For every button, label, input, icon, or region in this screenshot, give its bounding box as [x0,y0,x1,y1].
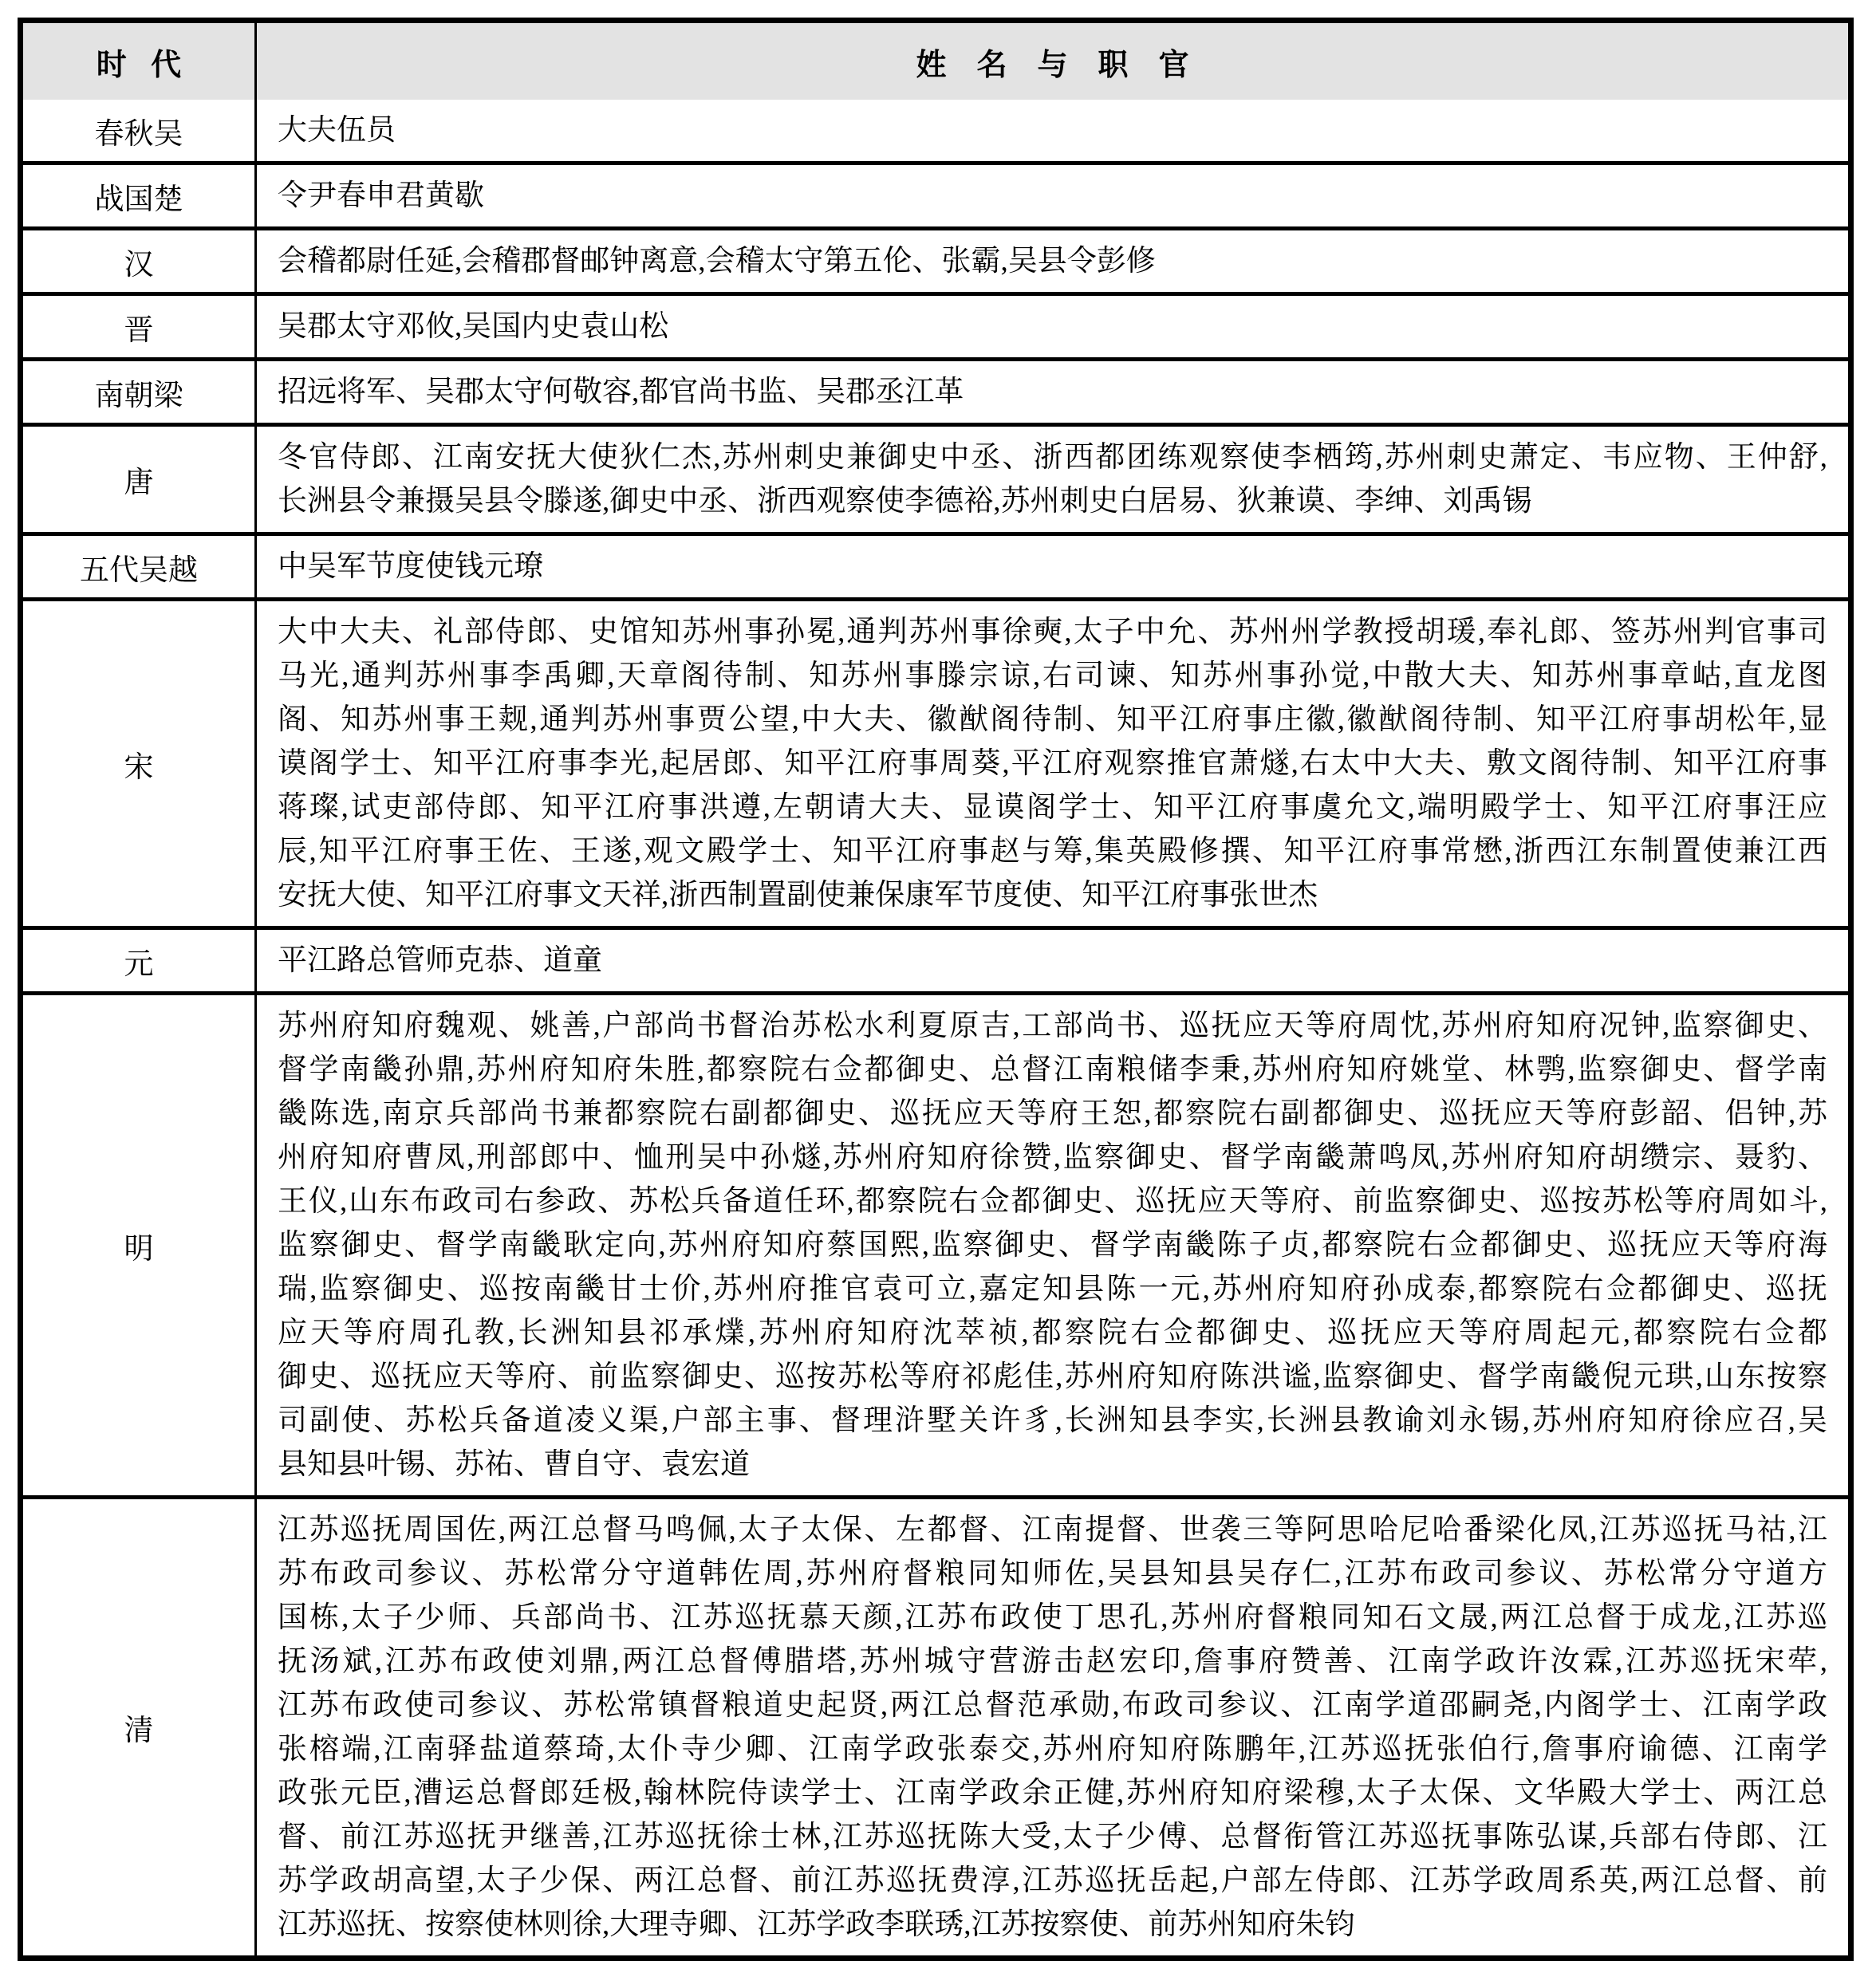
era-cell: 晋 [23,296,254,357]
names-cell: 令尹春申君黄歇 [254,165,1848,226]
table-row: 五代吴越中吴军节度使钱元璙 [23,532,1848,597]
table-row: 汉会稽都尉任延,会稽郡督邮钟离意,会稽太守第五伦、张霸,吴县令彭修 [23,226,1848,292]
names-line: 招远将军、吴郡太守何敬容,都官尚书监、吴郡丞江革 [278,370,1827,414]
names-cell: 苏州府知府魏观、姚善,户部尚书督治苏松水利夏原吉,工部尚书、巡抚应天等府周忱,苏… [254,995,1848,1495]
names-line: 辰,知平江府事王佐、王遂,观文殿学士、知平江府事赵与筹,集英殿修撰、知平江府事常… [278,829,1827,873]
names-line: 安抚大使、知平江府事文天祥,浙西制置副使兼保康军节度使、知平江府事张世杰 [278,873,1827,917]
era-cell: 明 [23,995,254,1495]
names-line: 国栋,太子少师、兵部尚书、江苏巡抚慕天颜,江苏布政使丁思孔,苏州府督粮同知石文晟… [278,1596,1827,1640]
names-line: 大中大夫、礼部侍郎、史馆知苏州事孙冕,通判苏州事徐奭,太子中允、苏州州学教授胡瑗… [278,610,1827,654]
names-line: 阁、知苏州事王觌,通判苏州事贾公望,中大夫、徽猷阁待制、知平江府事庄徽,徽猷阁待… [278,698,1827,742]
names-line: 监察御史、督学南畿耿定向,苏州府知府蔡国熙,监察御史、督学南畿陈子贞,都察院右佥… [278,1223,1827,1267]
names-line: 江苏巡抚、按察使林则徐,大理寺卿、江苏学政李联琇,江苏按察使、前苏州知府朱钧 [278,1903,1827,1947]
table-row: 唐冬官侍郎、江南安抚大使狄仁杰,苏州刺史兼御史中丞、浙西都团练观察使李栖筠,苏州… [23,423,1848,532]
names-cell: 中吴军节度使钱元璙 [254,536,1848,597]
names-line: 县知县叶锡、苏祐、曹自守、袁宏道 [278,1443,1827,1487]
names-cell: 吴郡太守邓攸,吴国内史袁山松 [254,296,1848,357]
names-cell: 招远将军、吴郡太守何敬容,都官尚书监、吴郡丞江革 [254,361,1848,423]
table-header-row: 时代 姓名与职官 [23,23,1848,100]
names-line: 王仪,山东布政司右参政、苏松兵备道任环,都察院右佥都御史、巡抚应天等府、前监察御… [278,1179,1827,1223]
names-line: 长洲县令兼摄吴县令滕遂,御史中丞、浙西观察使李德裕,苏州刺史白居易、狄兼谟、李绅… [278,479,1827,523]
names-column-header: 姓名与职官 [254,23,1848,100]
era-column-header: 时代 [23,23,254,100]
names-line: 苏布政司参议、苏松常分守道韩佐周,苏州府督粮同知师佐,吴县知县吴存仁,江苏布政司… [278,1552,1827,1596]
names-line: 督、前江苏巡抚尹继善,江苏巡抚徐士林,江苏巡抚陈大受,太子少傅、总督衔管江苏巡抚… [278,1815,1827,1859]
era-cell: 汉 [23,230,254,292]
names-line: 御史、巡抚应天等府、前监察御史、巡按苏松等府祁彪佳,苏州府知府陈洪谧,监察御史、… [278,1355,1827,1399]
table-row: 晋吴郡太守邓攸,吴国内史袁山松 [23,292,1848,357]
table-row: 元平江路总管师克恭、道童 [23,926,1848,991]
era-cell: 春秋吴 [23,100,254,161]
names-cell: 平江路总管师克恭、道童 [254,930,1848,991]
names-line: 苏州府知府魏观、姚善,户部尚书督治苏松水利夏原吉,工部尚书、巡抚应天等府周忱,苏… [278,1004,1827,1048]
names-line: 畿陈选,南京兵部尚书兼都察院右副都御史、巡抚应天等府王恕,都察院右副都御史、巡抚… [278,1092,1827,1136]
names-line: 蒋璨,试吏部侍郎、知平江府事洪遵,左朝请大夫、显谟阁学士、知平江府事虞允文,端明… [278,786,1827,829]
names-line: 马光,通判苏州事李禹卿,天章阁待制、知苏州事滕宗谅,右司谏、知苏州事孙觉,中散大… [278,654,1827,698]
names-line: 应天等府周孔教,长洲知县祁承㸁,苏州府知府沈萃祯,都察院右佥都御史、巡抚应天等府… [278,1311,1827,1355]
era-cell: 战国楚 [23,165,254,226]
names-line: 江苏巡抚周国佐,两江总督马鸣佩,太子太保、左都督、江南提督、世袭三等阿思哈尼哈番… [278,1508,1827,1552]
names-line: 司副使、苏松兵备道凌义渠,户部主事、督理浒墅关许豸,长洲知县李实,长洲县教谕刘永… [278,1399,1827,1443]
era-cell: 元 [23,930,254,991]
table-row: 清江苏巡抚周国佐,两江总督马鸣佩,太子太保、左都督、江南提督、世袭三等阿思哈尼哈… [23,1495,1848,1955]
names-line: 谟阁学士、知平江府事李光,起居郎、知平江府事周葵,平江府观察推官萧燧,右太中大夫… [278,742,1827,786]
era-cell: 五代吴越 [23,536,254,597]
names-line: 政张元臣,漕运总督郎廷极,翰林院侍读学士、江南学政余正健,苏州府知府梁穆,太子太… [278,1771,1827,1815]
era-officials-table: 时代 姓名与职官 春秋吴大夫伍员战国楚令尹春申君黄歇汉会稽都尉任延,会稽郡督邮钟… [18,18,1854,1961]
table-body: 春秋吴大夫伍员战国楚令尹春申君黄歇汉会稽都尉任延,会稽郡督邮钟离意,会稽太守第五… [23,100,1848,1955]
names-line: 张榕端,江南驿盐道蔡琦,太仆寺少卿、江南学政张泰交,苏州府知府陈鹏年,江苏巡抚张… [278,1727,1827,1771]
table-row: 春秋吴大夫伍员 [23,100,1848,161]
names-line: 江苏布政使司参议、苏松常镇督粮道史起贤,两江总督范承勋,布政司参议、江南学道邵嗣… [278,1683,1827,1727]
names-line: 冬官侍郎、江南安抚大使狄仁杰,苏州刺史兼御史中丞、浙西都团练观察使李栖筠,苏州刺… [278,435,1827,479]
era-cell: 清 [23,1499,254,1955]
names-line: 瑞,监察御史、巡按南畿甘士价,苏州府推官袁可立,嘉定知县陈一元,苏州府知府孙成泰… [278,1267,1827,1311]
page: { "page": { "background": "#ffffff" }, "… [0,0,1876,1931]
names-line: 平江路总管师克恭、道童 [278,939,1827,982]
names-cell: 会稽都尉任延,会稽郡督邮钟离意,会稽太守第五伦、张霸,吴县令彭修 [254,230,1848,292]
names-line: 州府知府曹凤,刑部郎中、恤刑吴中孙燧,苏州府知府徐赞,监察御史、督学南畿萧鸣凤,… [278,1136,1827,1179]
names-line: 吴郡太守邓攸,吴国内史袁山松 [278,305,1827,348]
table-row: 南朝梁招远将军、吴郡太守何敬容,都官尚书监、吴郡丞江革 [23,357,1848,423]
names-line: 大夫伍员 [278,108,1827,152]
names-line: 苏学政胡高望,太子少保、两江总督、前江苏巡抚费淳,江苏巡抚岳起,户部左侍郎、江苏… [278,1859,1827,1903]
table-row: 宋大中大夫、礼部侍郎、史馆知苏州事孙冕,通判苏州事徐奭,太子中允、苏州州学教授胡… [23,597,1848,926]
names-line: 会稽都尉任延,会稽郡督邮钟离意,会稽太守第五伦、张霸,吴县令彭修 [278,239,1827,283]
names-cell: 大夫伍员 [254,100,1848,161]
table-row: 战国楚令尹春申君黄歇 [23,161,1848,226]
names-line: 中吴军节度使钱元璙 [278,545,1827,589]
names-line: 令尹春申君黄歇 [278,174,1827,218]
names-line: 抚汤斌,江苏布政使刘鼎,两江总督傅腊塔,苏州城守营游击赵宏印,詹事府赞善、江南学… [278,1640,1827,1683]
era-cell: 南朝梁 [23,361,254,423]
names-cell: 江苏巡抚周国佐,两江总督马鸣佩,太子太保、左都督、江南提督、世袭三等阿思哈尼哈番… [254,1499,1848,1955]
table-row: 明苏州府知府魏观、姚善,户部尚书督治苏松水利夏原吉,工部尚书、巡抚应天等府周忱,… [23,991,1848,1495]
names-cell: 冬官侍郎、江南安抚大使狄仁杰,苏州刺史兼御史中丞、浙西都团练观察使李栖筠,苏州刺… [254,427,1848,532]
names-cell: 大中大夫、礼部侍郎、史馆知苏州事孙冕,通判苏州事徐奭,太子中允、苏州州学教授胡瑗… [254,601,1848,926]
names-line: 督学南畿孙鼎,苏州府知府朱胜,都察院右佥都御史、总督江南粮储李秉,苏州府知府姚堂… [278,1048,1827,1092]
era-cell: 唐 [23,427,254,532]
era-cell: 宋 [23,601,254,926]
